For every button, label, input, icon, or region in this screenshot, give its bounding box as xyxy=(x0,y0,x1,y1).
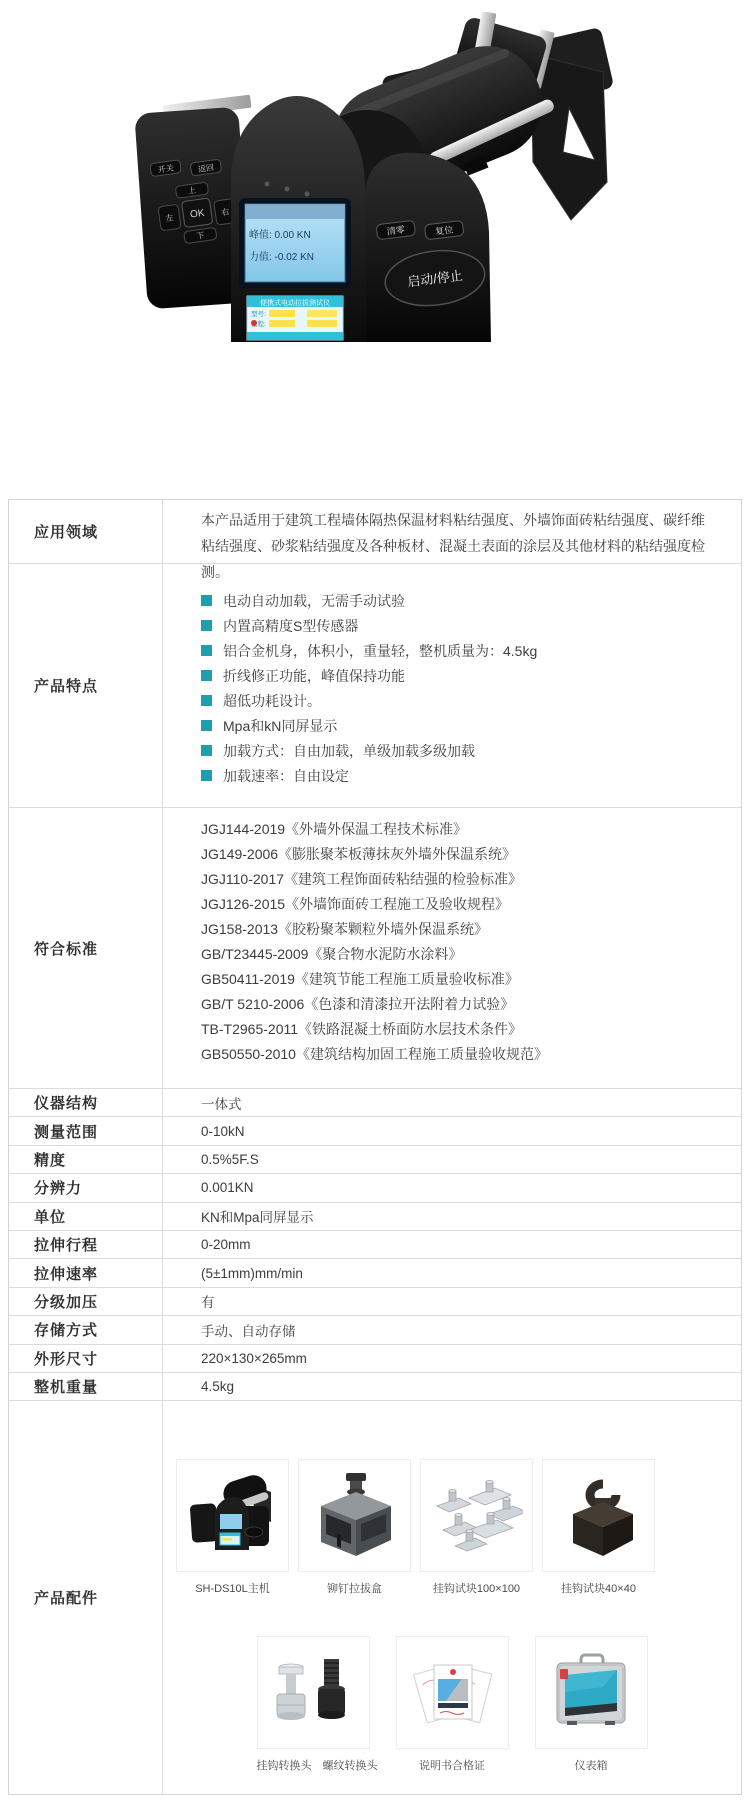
row-label: 分辨力 xyxy=(9,1174,163,1201)
table-row: 拉伸行程 0-20mm xyxy=(9,1231,741,1259)
row-value: 一体式 xyxy=(163,1089,741,1116)
standard-item: JGJ126-2015《外墙饰面砖工程施工及验收规程》 xyxy=(201,892,741,917)
accessory-caption: 挂钩转换头 螺纹转换头 xyxy=(257,1757,370,1773)
table-row: 拉伸速率 (5±1mm)mm/min xyxy=(9,1259,741,1287)
table-row-features: 产品特点 电动自动加载，无需手动试验 内置高精度S型传感器 铝合金机身，体积小，… xyxy=(9,564,741,808)
reset-button-label: 复位 xyxy=(435,224,454,237)
table-row: 测量范围 0-10kN xyxy=(9,1117,741,1145)
standards-list: JGJ144-2019《外墙外保温工程技术标准》 JG149-2006《膨胀聚苯… xyxy=(163,808,741,1067)
adapter-heads-image xyxy=(257,1636,370,1749)
row-value: 4.5kg xyxy=(163,1373,741,1400)
hook-blocks-100-image xyxy=(420,1459,533,1572)
rivet-pull-box-image xyxy=(298,1459,411,1572)
row-label: 单位 xyxy=(9,1203,163,1230)
product-photo: 开关 返回 上 左 OK 右 下 峰值: xyxy=(135,12,615,342)
row-label: 应用领域 xyxy=(9,500,163,563)
row-label: 符合标准 xyxy=(9,808,163,1088)
lcd-peak-line: 峰值: 0.00 KN xyxy=(249,228,311,241)
bullet-square-icon xyxy=(201,670,212,681)
standard-item: JGJ144-2019《外墙外保温工程技术标准》 xyxy=(201,817,741,842)
feature-item: 铝合金机身，体积小，重量轻，整机质量为：4.5kg xyxy=(201,638,741,663)
table-row-standards: 符合标准 JGJ144-2019《外墙外保温工程技术标准》 JG149-2006… xyxy=(9,808,741,1089)
accessory-card: 挂钩转换头 螺纹转换头 xyxy=(257,1636,370,1773)
sticker-logo xyxy=(251,320,257,326)
table-row: 精度 0.5%5F.S xyxy=(9,1146,741,1174)
row-label: 整机重量 xyxy=(9,1373,163,1400)
row-value: 220×130×265mm xyxy=(163,1345,741,1372)
accessory-card: 仪表箱 xyxy=(535,1636,648,1773)
standard-item: GB50411-2019《建筑节能工程施工质量验收标准》 xyxy=(201,967,741,992)
row-label: 拉伸速率 xyxy=(9,1259,163,1286)
zero-button-label: 清零 xyxy=(386,223,405,236)
bullet-square-icon xyxy=(201,770,212,781)
bullet-square-icon xyxy=(201,745,212,756)
manual-certificate-image xyxy=(396,1636,509,1749)
table-row: 仪器结构 一体式 xyxy=(9,1089,741,1117)
lcd-force-line: 力值: -0.02 KN xyxy=(249,250,314,263)
row-value: (5±1mm)mm/min xyxy=(163,1259,741,1286)
feature-item: 加载方式：自由加载，单级加载多级加载 xyxy=(201,738,741,763)
down-button-label: 下 xyxy=(196,231,205,241)
bullet-square-icon xyxy=(201,595,212,606)
accessory-caption: 仪表箱 xyxy=(535,1757,648,1773)
standard-item: GB/T23445-2009《聚合物水泥防水涂料》 xyxy=(201,942,741,967)
row-label: 仪器结构 xyxy=(9,1089,163,1116)
table-row: 存储方式 手动、自动存储 xyxy=(9,1316,741,1344)
standard-item: JG158-2013《胶粉聚苯颗粒外墙外保温系统》 xyxy=(201,917,741,942)
bullet-square-icon xyxy=(201,720,212,731)
sticker-title: 便携式电动拉拔测试仪 xyxy=(260,298,330,307)
row-label: 产品特点 xyxy=(9,564,163,807)
accessory-gallery: SH-DS10L主机 xyxy=(163,1401,741,1773)
row-label: 测量范围 xyxy=(9,1117,163,1144)
table-row: 外形尺寸 220×130×265mm xyxy=(9,1345,741,1373)
table-row-accessories: 产品配件 xyxy=(9,1401,741,1794)
accessory-caption: 铆钉拉拔盒 xyxy=(298,1580,411,1596)
feature-item: 电动自动加载，无需手动试验 xyxy=(201,588,741,613)
display-module: 峰值: 0.00 KN 力值: -0.02 KN 便携式电动拉拔测试仪 型号: … xyxy=(231,96,369,342)
table-row: 分辨力 0.001KN xyxy=(9,1174,741,1202)
feature-item: 内置高精度S型传感器 xyxy=(201,613,741,638)
accessory-card: SH-DS10L主机 xyxy=(176,1459,289,1596)
row-label: 外形尺寸 xyxy=(9,1345,163,1372)
row-value: 0.001KN xyxy=(163,1174,741,1201)
row-value: 0-20mm xyxy=(163,1231,741,1258)
accessory-card: 说明书合格证 xyxy=(396,1636,509,1773)
standard-item: GB/T 5210-2006《色漆和清漆拉开法附着力试验》 xyxy=(201,992,741,1017)
row-label: 存储方式 xyxy=(9,1316,163,1343)
feature-item: 折线修正功能，峰值保持功能 xyxy=(201,663,741,688)
standard-item: TB-T2965-2011《铁路混凝土桥面防水层技术条件》 xyxy=(201,1017,741,1042)
product-photo-section: 开关 返回 上 左 OK 右 下 峰值: xyxy=(0,0,750,499)
row-label: 产品配件 xyxy=(9,1401,163,1794)
standard-item: GB50550-2010《建筑结构加固工程施工质量验收规范》 xyxy=(201,1042,741,1067)
accessory-card: 铆钉拉拔盒 xyxy=(298,1459,411,1596)
row-value: 0.5%5F.S xyxy=(163,1146,741,1173)
main-unit-image xyxy=(176,1459,289,1572)
row-value: 有 xyxy=(163,1288,741,1315)
accessory-caption: 挂钩试块40×40 xyxy=(542,1580,655,1596)
accessory-caption: 挂钩试块100×100 xyxy=(420,1580,533,1596)
table-row: 整机重量 4.5kg xyxy=(9,1373,741,1401)
instrument-case-image xyxy=(535,1636,648,1749)
spec-table: 应用领域 本产品适用于建筑工程墙体隔热保温材料粘结强度、外墙饰面砖粘结强度、碳纤… xyxy=(8,499,742,1795)
table-row: 分级加压 有 xyxy=(9,1288,741,1316)
feature-item: 加载速率：自由设定 xyxy=(201,763,741,788)
up-button-label: 上 xyxy=(187,185,196,196)
feature-item: Mpa和kN同屏显示 xyxy=(201,713,741,738)
sticker-model-label: 型号: xyxy=(251,309,266,318)
row-label: 分级加压 xyxy=(9,1288,163,1315)
hook-block-40-image xyxy=(542,1459,655,1572)
row-value: 0-10kN xyxy=(163,1117,741,1144)
standard-item: JG149-2006《膨胀聚苯板薄抹灰外墙外保温系统》 xyxy=(201,842,741,867)
bullet-square-icon xyxy=(201,695,212,706)
accessory-card: 挂钩试块100×100 xyxy=(420,1459,533,1596)
accessory-caption: SH-DS10L主机 xyxy=(176,1580,289,1596)
accessory-caption: 说明书合格证 xyxy=(396,1757,509,1773)
bullet-square-icon xyxy=(201,645,212,656)
feature-list: 电动自动加载，无需手动试验 内置高精度S型传感器 铝合金机身，体积小，重量轻，整… xyxy=(163,564,741,788)
ok-button-label: OK xyxy=(189,208,205,221)
standard-item: JGJ110-2017《建筑工程饰面砖粘结强的检验标准》 xyxy=(201,867,741,892)
row-label: 精度 xyxy=(9,1146,163,1173)
accessory-card: 挂钩试块40×40 xyxy=(542,1459,655,1596)
right-button-label: 右 xyxy=(221,206,230,217)
row-value: KN和Mpa同屏显示 xyxy=(163,1203,741,1230)
left-button-label: 左 xyxy=(165,212,174,223)
table-row: 单位 KN和Mpa同屏显示 xyxy=(9,1203,741,1231)
control-module: 清零 复位 启动/停止 xyxy=(365,153,491,342)
table-row-application: 应用领域 本产品适用于建筑工程墙体隔热保温材料粘结强度、外墙饰面砖粘结强度、碳纤… xyxy=(9,500,741,564)
product-sticker: 便携式电动拉拔测试仪 型号: 量程: xyxy=(247,296,343,340)
feature-item: 超低功耗设计。 xyxy=(201,688,741,713)
bullet-square-icon xyxy=(201,620,212,631)
row-value: 手动、自动存储 xyxy=(163,1316,741,1343)
row-label: 拉伸行程 xyxy=(9,1231,163,1258)
